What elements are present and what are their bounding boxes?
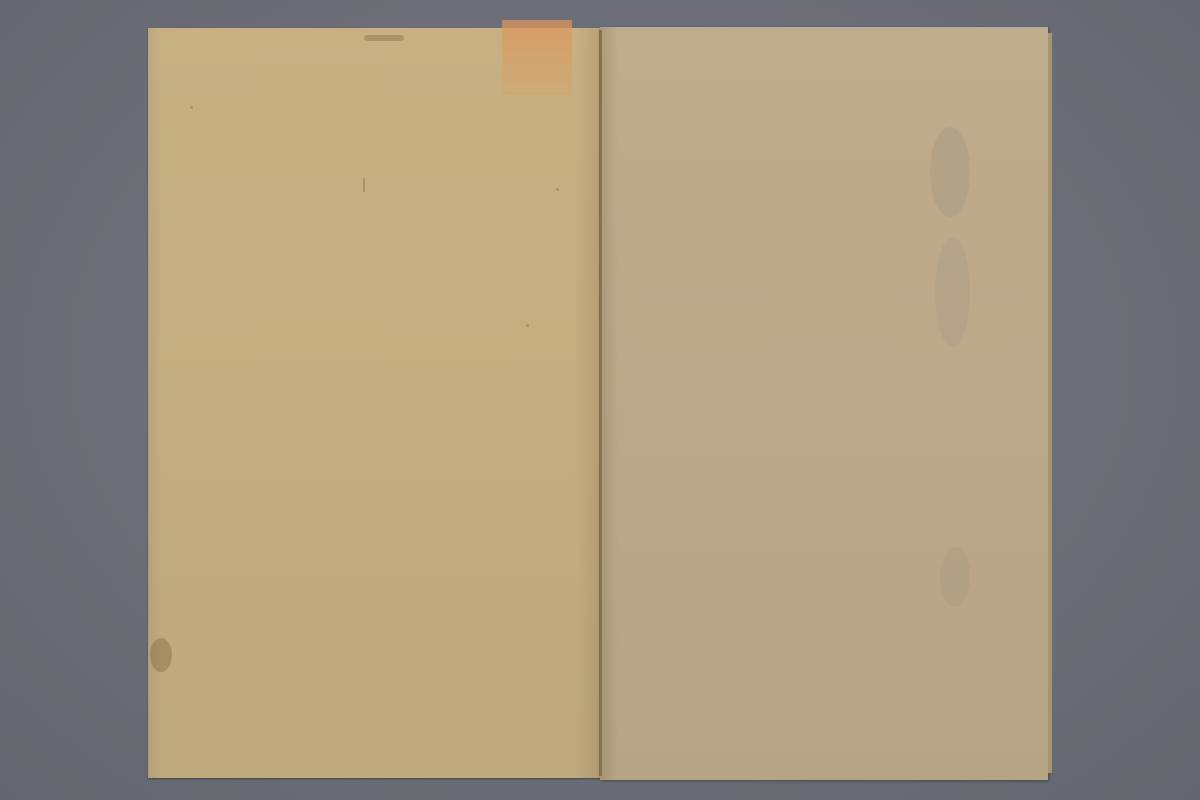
speck bbox=[556, 188, 559, 191]
speck bbox=[526, 324, 529, 327]
speck bbox=[364, 35, 404, 41]
book-spine bbox=[599, 30, 602, 776]
bleed-mark bbox=[935, 237, 970, 347]
bleed-mark bbox=[930, 127, 970, 217]
speck bbox=[363, 178, 365, 192]
paper-tab bbox=[502, 20, 572, 95]
right-page bbox=[600, 27, 1048, 780]
bleed-mark bbox=[940, 547, 970, 607]
stain-bottom-left bbox=[150, 638, 172, 672]
page-edge bbox=[1048, 33, 1052, 773]
left-page bbox=[148, 28, 602, 778]
speck bbox=[190, 106, 193, 109]
open-book bbox=[0, 0, 1200, 800]
